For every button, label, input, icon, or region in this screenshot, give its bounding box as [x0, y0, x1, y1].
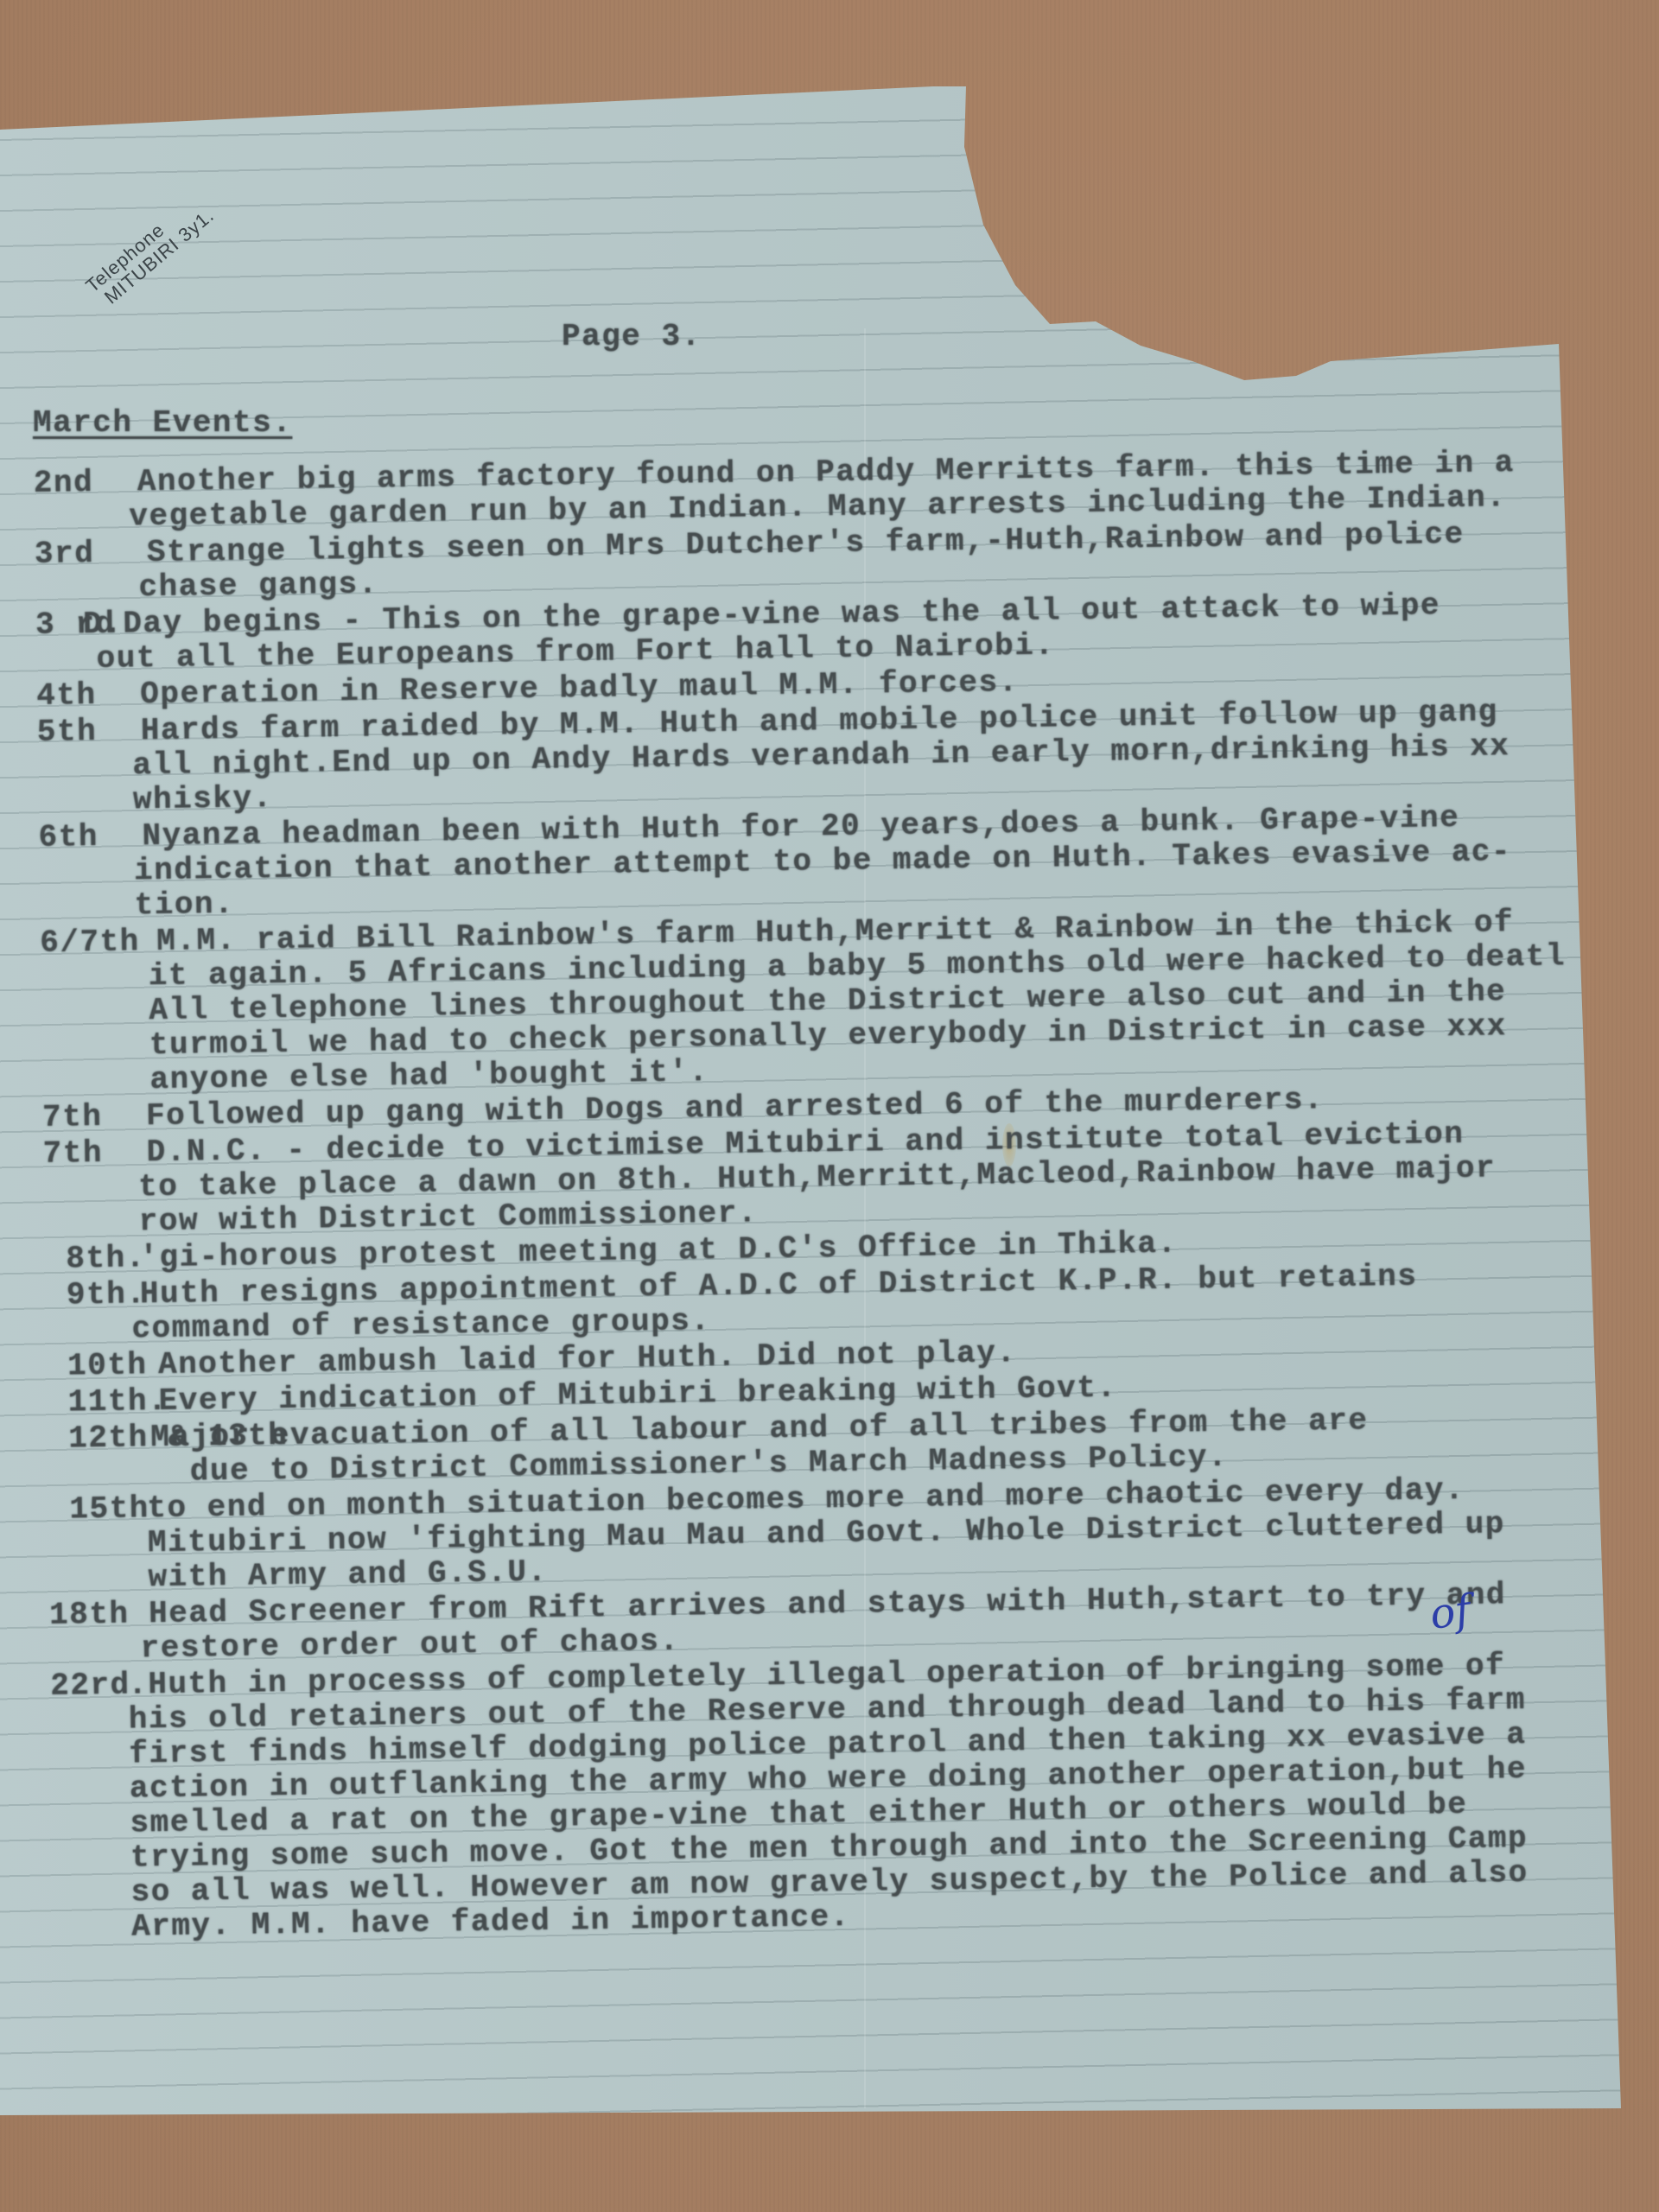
entry-date: 3rd: [35, 537, 95, 572]
entry-date: 18th: [49, 1598, 130, 1633]
entry-date: 8th.: [66, 1241, 146, 1276]
entry-date: 3 rd: [35, 607, 116, 643]
entry-date: 11th.: [67, 1384, 168, 1421]
letterhead-stamp: Telephone MITUBIRI 3y1.: [82, 189, 218, 313]
entry-date: 6/7th: [40, 925, 140, 961]
entry-date: 12th & 13th: [68, 1419, 289, 1457]
entry-date: 10th: [67, 1348, 148, 1383]
document-page: Telephone MITUBIRI 3y1. Page 3. March Ev…: [0, 0, 1659, 2212]
event-entry: 7thD.N.C. - decide to victimise Mitubiri…: [42, 1116, 1497, 1240]
page-number: Page 3.: [562, 320, 702, 354]
entry-date: 6th: [38, 820, 99, 855]
entry-date: 15th: [69, 1491, 149, 1527]
entry-date: 2nd: [34, 466, 94, 501]
event-entry: 6thNyanza headman been with Huth for 20 …: [38, 800, 1512, 925]
entry-date: 7th: [42, 1100, 103, 1135]
event-entry: 22rd.Huth in processs of completely ille…: [50, 1649, 1529, 1946]
entry-date: 5th: [37, 715, 98, 750]
event-entry: 5thHards farm raided by M.M. Huth and mo…: [37, 695, 1511, 819]
entry-date: 4th: [36, 678, 97, 714]
entry-date: 7th: [42, 1136, 103, 1172]
handwritten-correction: of: [1427, 1586, 1473, 1639]
entry-date: 22rd: [50, 1669, 130, 1704]
entry-date: 9th.: [67, 1277, 147, 1313]
event-entry: 15thto end on month situation becomes mo…: [48, 1472, 1506, 1597]
section-heading: March Events.: [33, 406, 292, 441]
event-entry: 6/7thM.M. raid Bill Rainbow's farm Huth,…: [40, 905, 1567, 1099]
